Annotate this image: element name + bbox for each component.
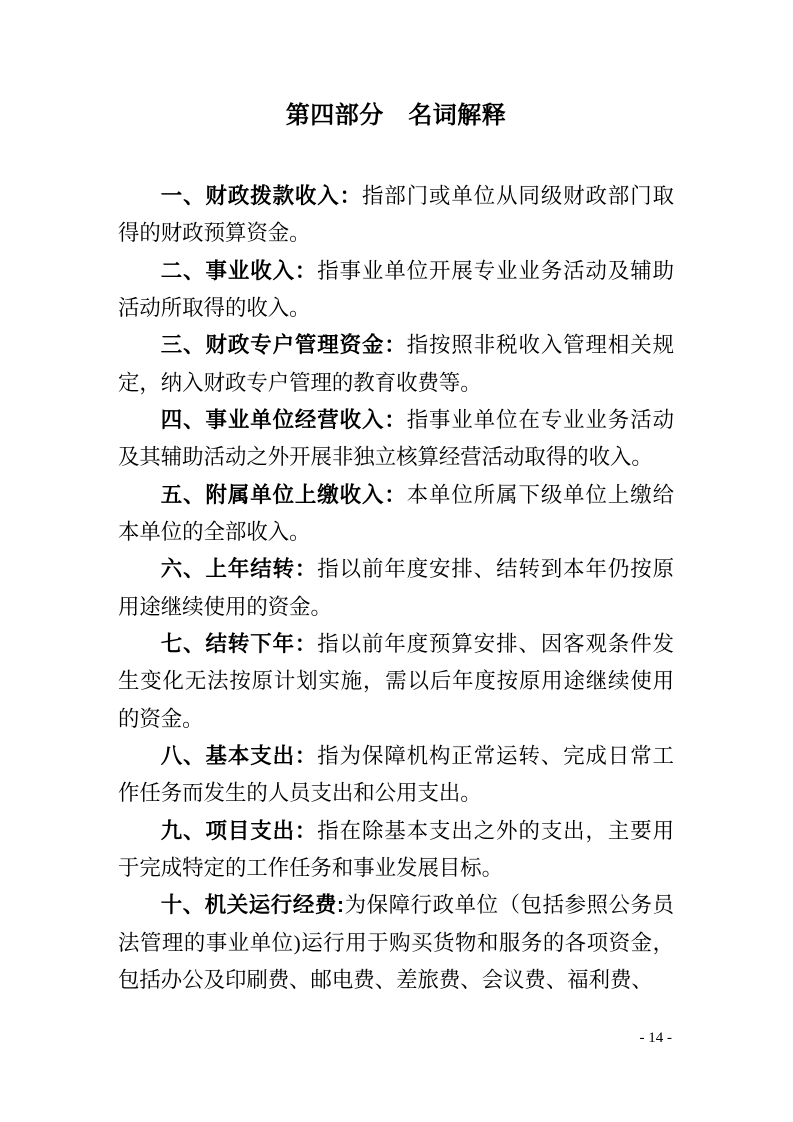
term-label: 五、附属单位上缴收入： bbox=[161, 483, 407, 507]
page-title: 第四部分 名词解释 bbox=[118, 97, 674, 134]
term-item: 三、财政专户管理资金：指按照非税收入管理相关规定，纳入财政专户管理的教育收费等。 bbox=[118, 327, 674, 402]
term-label: 九、项目支出： bbox=[161, 819, 317, 843]
term-label: 八、基本支出： bbox=[161, 744, 317, 768]
term-item: 二、事业收入：指事业单位开展专业业务活动及辅助活动所取得的收入。 bbox=[118, 253, 674, 328]
term-label: 十、机关运行经费: bbox=[161, 893, 344, 917]
term-label: 三、财政专户管理资金： bbox=[161, 333, 407, 357]
glossary-section: 一、财政拨款收入：指部门或单位从同级财政部门取得的财政预算资金。 二、事业收入：… bbox=[118, 178, 674, 999]
term-item: 四、事业单位经营收入：指事业单位在专业业务活动及其辅助活动之外开展非独立核算经营… bbox=[118, 402, 674, 477]
term-label: 六、上年结转： bbox=[161, 557, 317, 581]
term-item: 五、附属单位上缴收入：本单位所属下级单位上缴给本单位的全部收入。 bbox=[118, 477, 674, 552]
term-label: 四、事业单位经营收入： bbox=[161, 408, 407, 432]
term-item: 十、机关运行经费:为保障行政单位（包括参照公务员法管理的事业单位)运行用于购买货… bbox=[118, 887, 674, 999]
term-item: 六、上年结转：指以前年度安排、结转到本年仍按原用途继续使用的资金。 bbox=[118, 551, 674, 626]
term-item: 九、项目支出：指在除基本支出之外的支出，主要用于完成特定的工作任务和事业发展目标… bbox=[118, 813, 674, 888]
term-item: 七、结转下年：指以前年度预算安排、因客观条件发生变化无法按原计划实施，需以后年度… bbox=[118, 626, 674, 738]
term-label: 一、财政拨款收入： bbox=[161, 184, 362, 208]
page-number: - 14 - bbox=[640, 1030, 673, 1047]
term-item: 八、基本支出：指为保障机构正常运转、完成日常工作任务而发生的人员支出和公用支出。 bbox=[118, 738, 674, 813]
term-label: 二、事业收入： bbox=[161, 259, 317, 283]
document-page: 第四部分 名词解释 一、财政拨款收入：指部门或单位从同级财政部门取得的财政预算资… bbox=[0, 0, 793, 1122]
term-label: 七、结转下年： bbox=[161, 632, 317, 656]
term-item: 一、财政拨款收入：指部门或单位从同级财政部门取得的财政预算资金。 bbox=[118, 178, 674, 253]
